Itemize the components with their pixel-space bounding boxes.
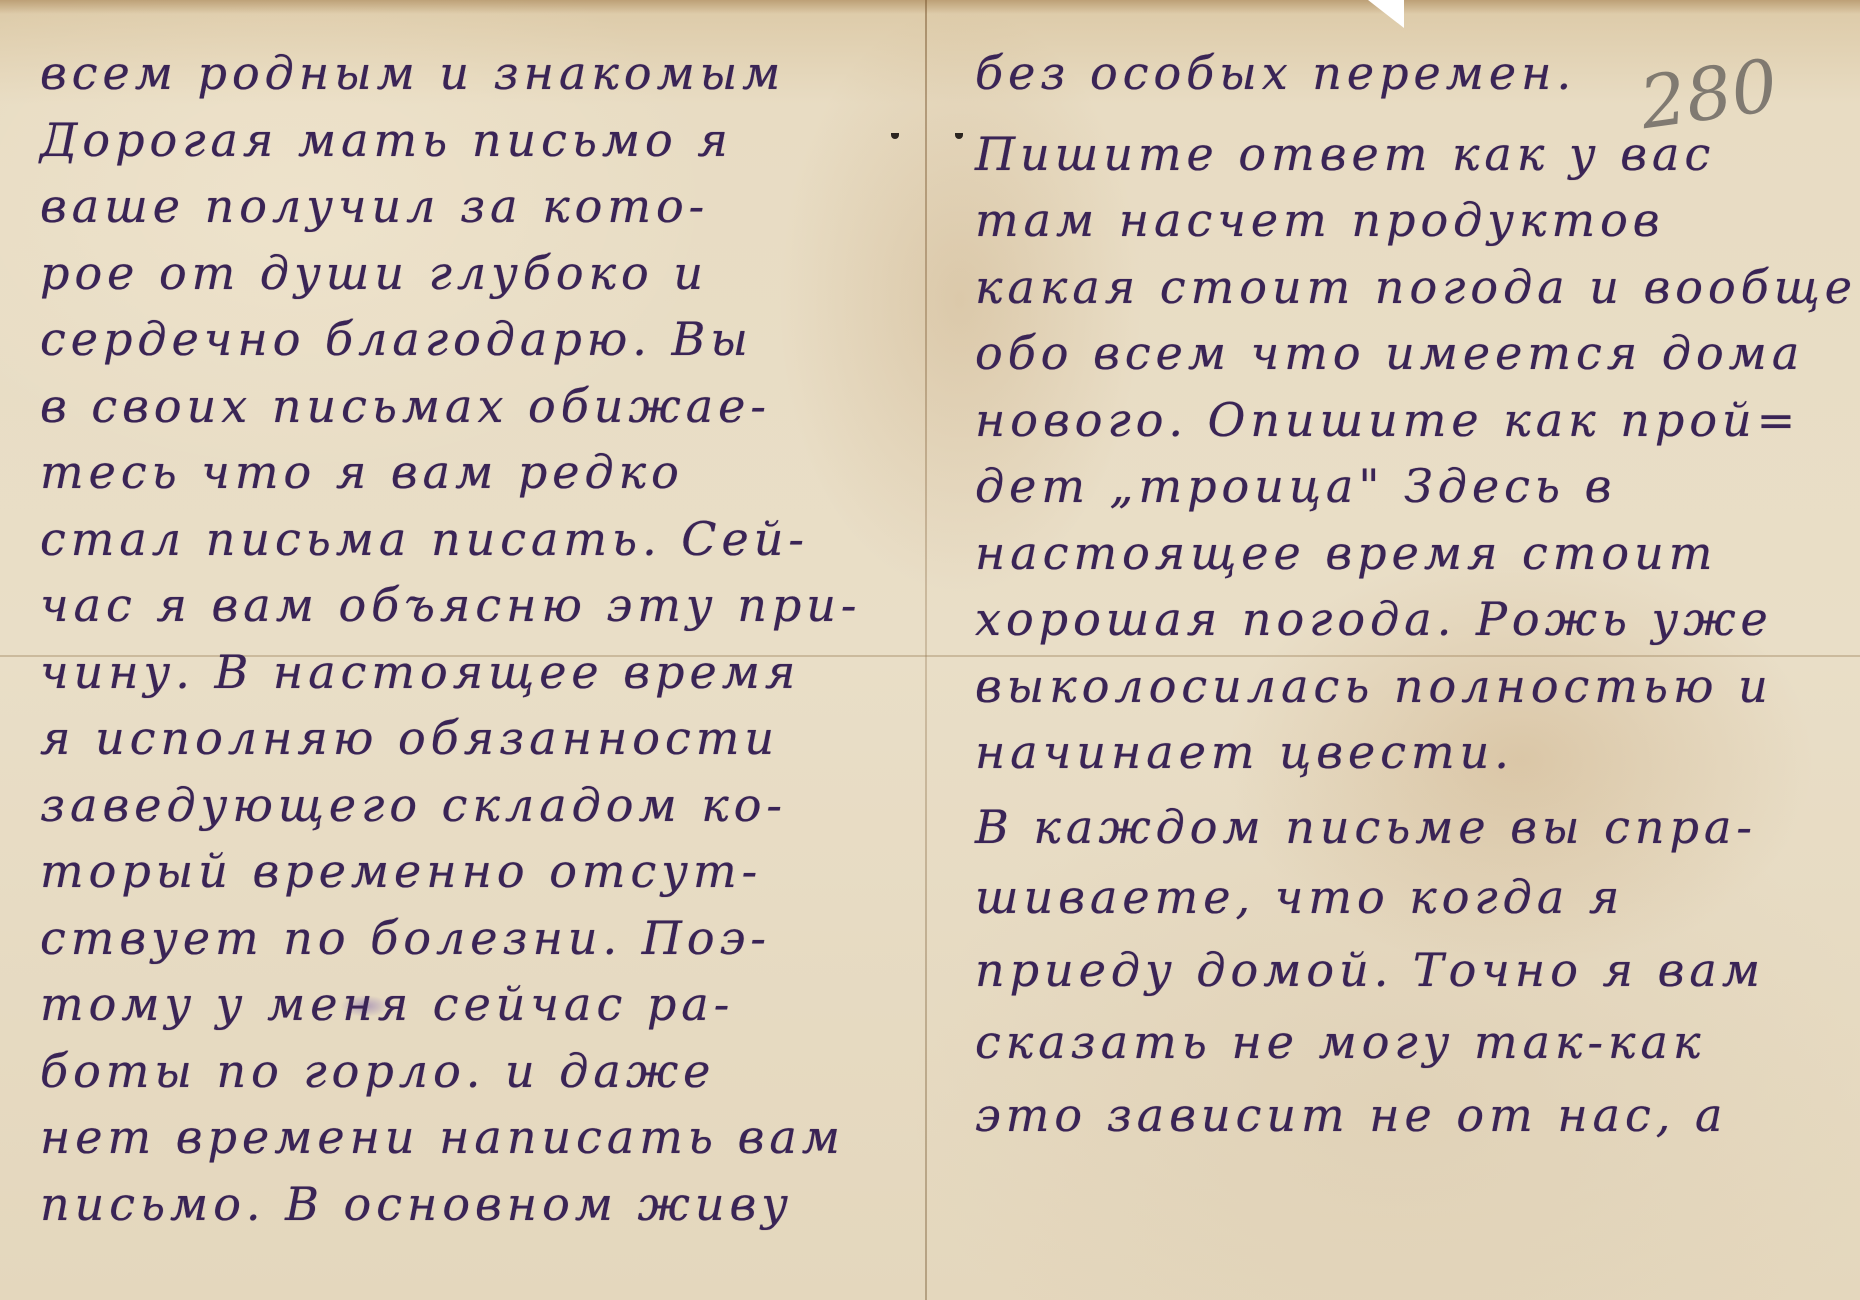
text-line: стал письма писать. Сей- — [40, 506, 910, 573]
text-line: я исполняю обязанности — [40, 705, 910, 772]
text-line: боты по горло. и даже — [40, 1038, 910, 1105]
text-line: торый временно отсут- — [40, 838, 910, 905]
text-line: ваше получил за кото- — [40, 173, 910, 240]
text-line: В каждом письме вы спра- — [975, 794, 1835, 861]
text-line: дет „троица" Здесь в — [975, 453, 1835, 520]
text-line: заведующего складом ко- — [40, 772, 910, 839]
text-line: чину. В настоящее время — [40, 639, 910, 706]
text-line: в своих письмах обижае- — [40, 373, 910, 440]
text-line: рое от души глубоко и — [40, 240, 910, 307]
right-page: без особых перемен. Пишите ответ как у в… — [975, 40, 1835, 1148]
text-line: всем родным и знакомым — [40, 40, 910, 107]
vertical-fold-line — [925, 0, 927, 1300]
left-page: всем родным и знакомым Дорогая мать пись… — [40, 40, 910, 1237]
text-line: настоящее время стоит — [975, 520, 1835, 587]
text-line: час я вам объясню эту при- — [40, 572, 910, 639]
text-line: нет времени написать вам — [40, 1104, 910, 1171]
text-line: это зависит не от нас, а — [975, 1082, 1835, 1149]
text-line: начинает цвести. — [975, 719, 1835, 786]
text-line: тому у меня сейчас ра- — [40, 971, 910, 1038]
torn-paper-notch — [1368, 0, 1404, 28]
text-line: нового. Опишите как прой= — [975, 387, 1835, 454]
text-line: шиваете, что когда я — [975, 864, 1835, 931]
paper-top-edge — [0, 0, 1860, 14]
text-line: какая стоит погода и вообще — [975, 254, 1835, 321]
text-line: тесь что я вам редко — [40, 439, 910, 506]
text-line: Пишите ответ как у вас — [975, 121, 1835, 188]
text-line: сказать не могу так-как — [975, 1009, 1835, 1076]
text-line: обо всем что имеется дома — [975, 320, 1835, 387]
text-line: выколосилась полностью и — [975, 653, 1835, 720]
text-line: без особых перемен. — [975, 40, 1835, 107]
text-line: там насчет продуктов — [975, 187, 1835, 254]
letter-sheet: 280 всем родным и знакомым Дорогая мать … — [0, 0, 1860, 1300]
pin-hole — [955, 133, 963, 139]
text-line: сердечно благодарю. Вы — [40, 306, 910, 373]
text-line: ствует по болезни. Поэ- — [40, 905, 910, 972]
text-line: хорошая погода. Рожь уже — [975, 586, 1835, 653]
text-line: Дорогая мать письмо я — [40, 107, 910, 174]
text-line: приеду домой. Точно я вам — [975, 937, 1835, 1004]
text-line: письмо. В основном живу — [40, 1171, 910, 1238]
